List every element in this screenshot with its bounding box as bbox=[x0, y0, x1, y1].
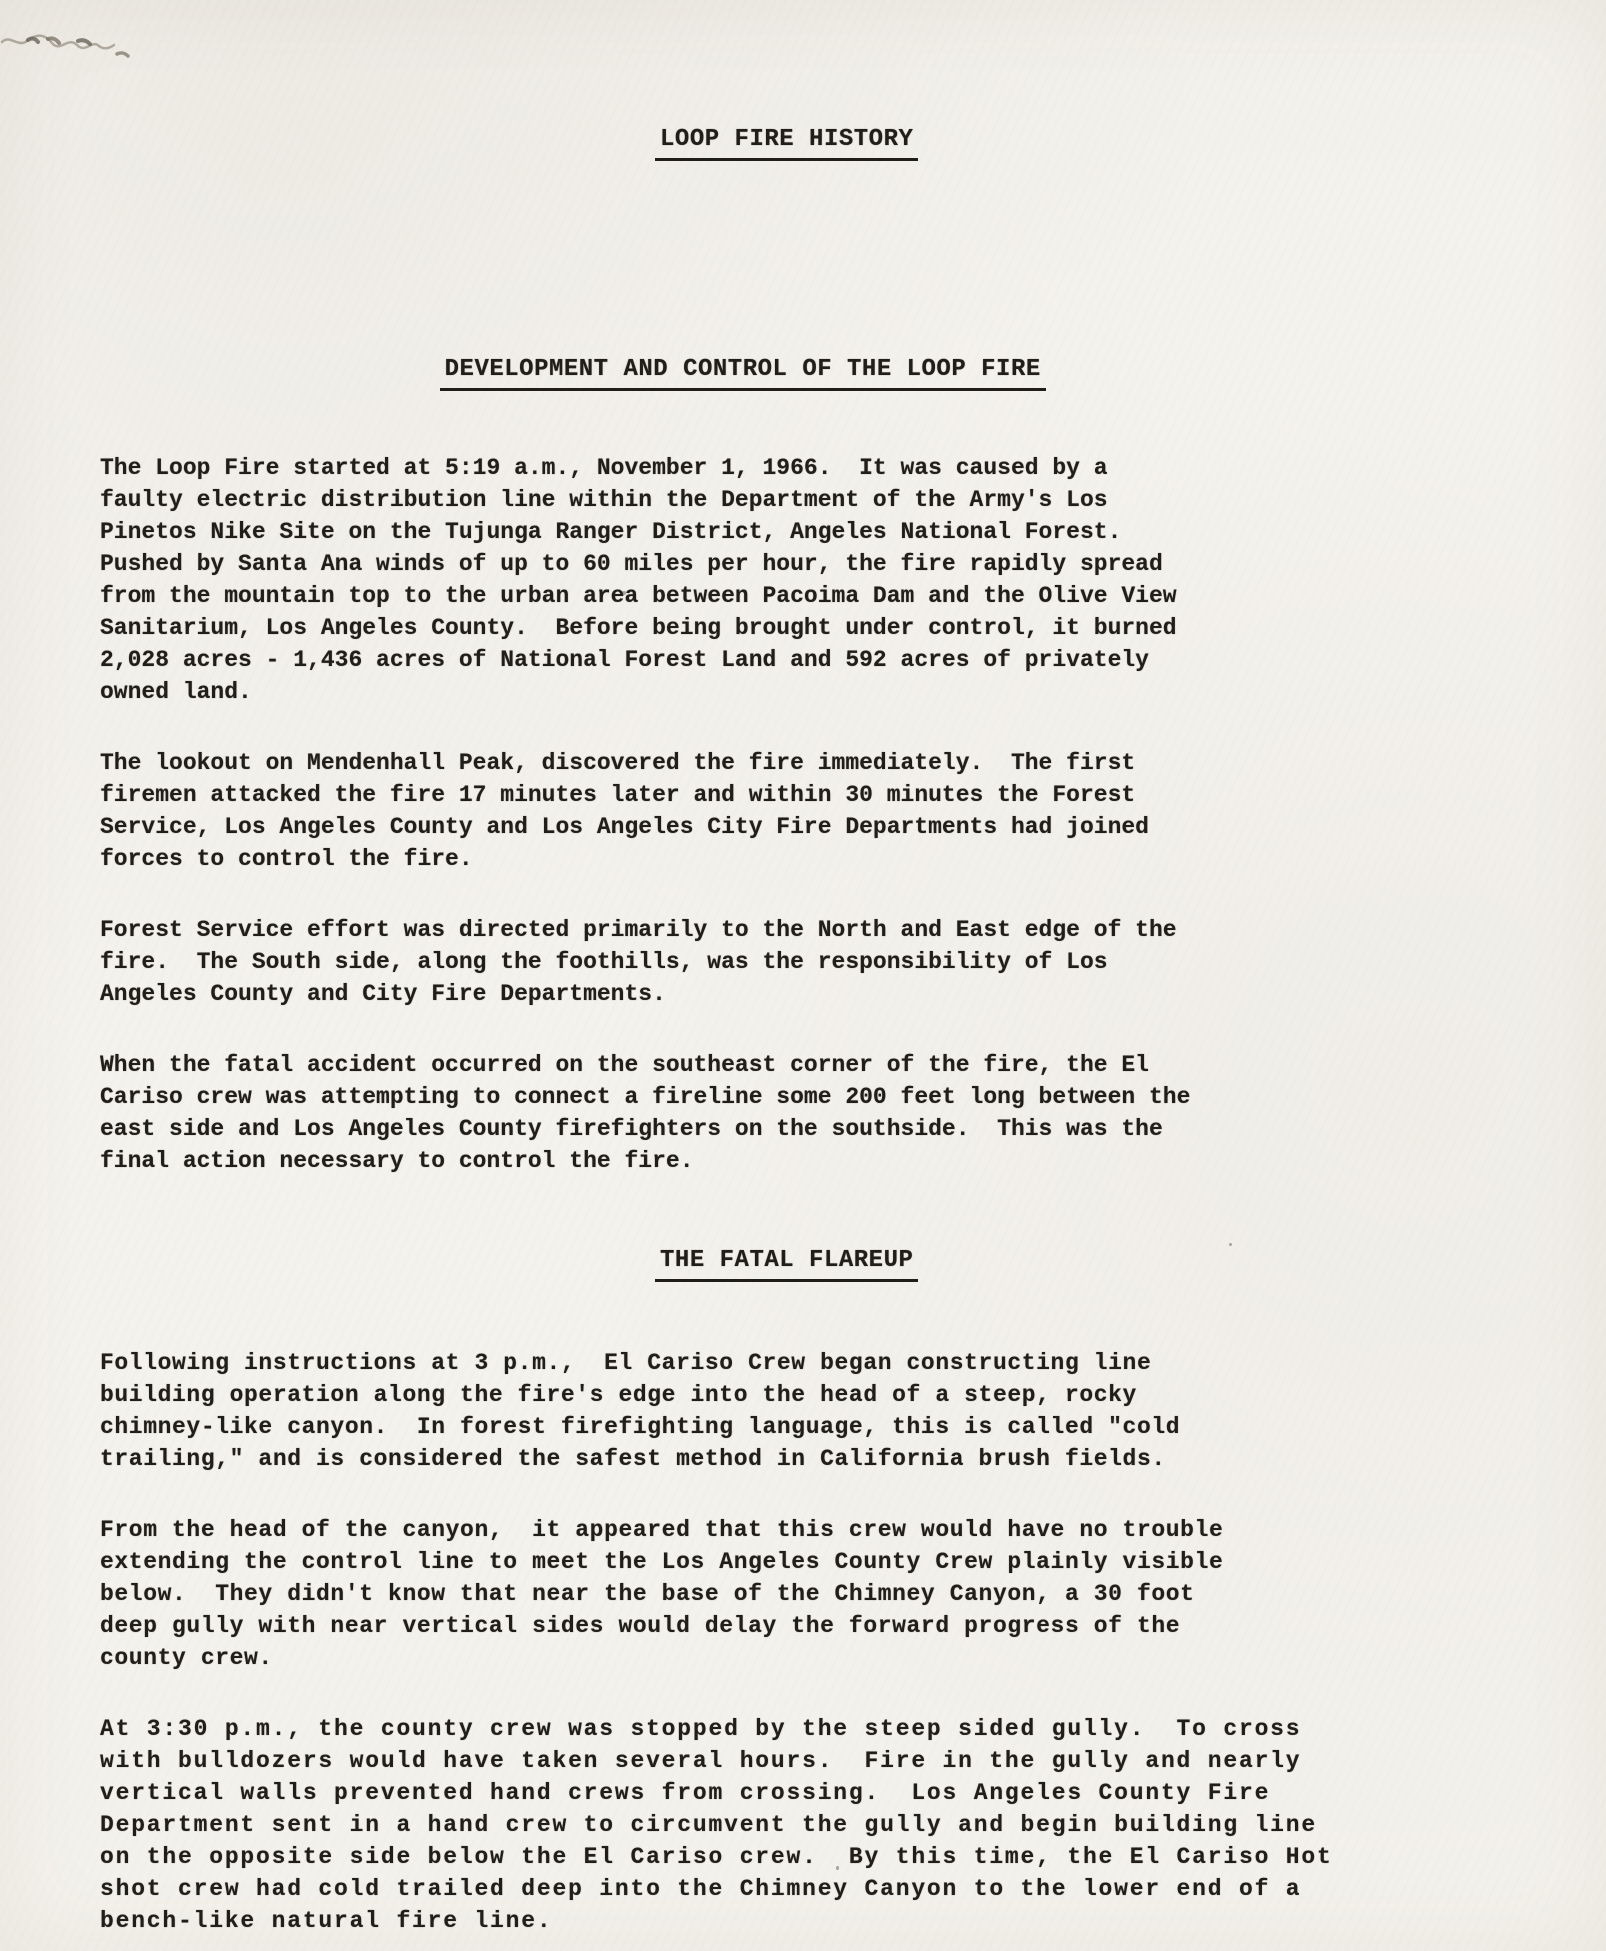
section-heading-text: DEVELOPMENT AND CONTROL OF THE LOOP FIRE bbox=[440, 355, 1046, 391]
paragraph-fatal-accident-location: When the fatal accident occurred on the … bbox=[100, 1049, 1606, 1177]
scanned-document-page: LOOP FIRE HISTORY DEVELOPMENT AND CONTRO… bbox=[0, 0, 1606, 1951]
document-body: LOOP FIRE HISTORY DEVELOPMENT AND CONTRO… bbox=[0, 0, 1606, 1937]
document-title: LOOP FIRE HISTORY bbox=[0, 95, 1545, 191]
section-heading-text: THE FATAL FLAREUP bbox=[655, 1246, 918, 1282]
paragraph-fire-origin: The Loop Fire started at 5:19 a.m., Nove… bbox=[100, 452, 1606, 708]
section-heading-development-and-control: DEVELOPMENT AND CONTROL OF THE LOOP FIRE bbox=[0, 325, 1501, 421]
section-heading-fatal-flareup: THE FATAL FLAREUP bbox=[0, 1216, 1545, 1312]
scan-speck bbox=[836, 1866, 839, 1870]
paragraph-canyon-gully: From the head of the canyon, it appeared… bbox=[100, 1514, 1606, 1674]
paragraph-cold-trailing: Following instructions at 3 p.m., El Car… bbox=[100, 1347, 1606, 1475]
paragraph-forest-service-effort: Forest Service effort was directed prima… bbox=[100, 914, 1606, 1010]
document-title-text: LOOP FIRE HISTORY bbox=[655, 125, 918, 161]
paragraph-lookout-discovery: The lookout on Mendenhall Peak, discover… bbox=[100, 747, 1606, 875]
scan-speck bbox=[1229, 1243, 1232, 1246]
scan-speck bbox=[622, 591, 626, 595]
paragraph-county-crew-stopped: At 3:30 p.m., the county crew was stoppe… bbox=[100, 1713, 1606, 1937]
